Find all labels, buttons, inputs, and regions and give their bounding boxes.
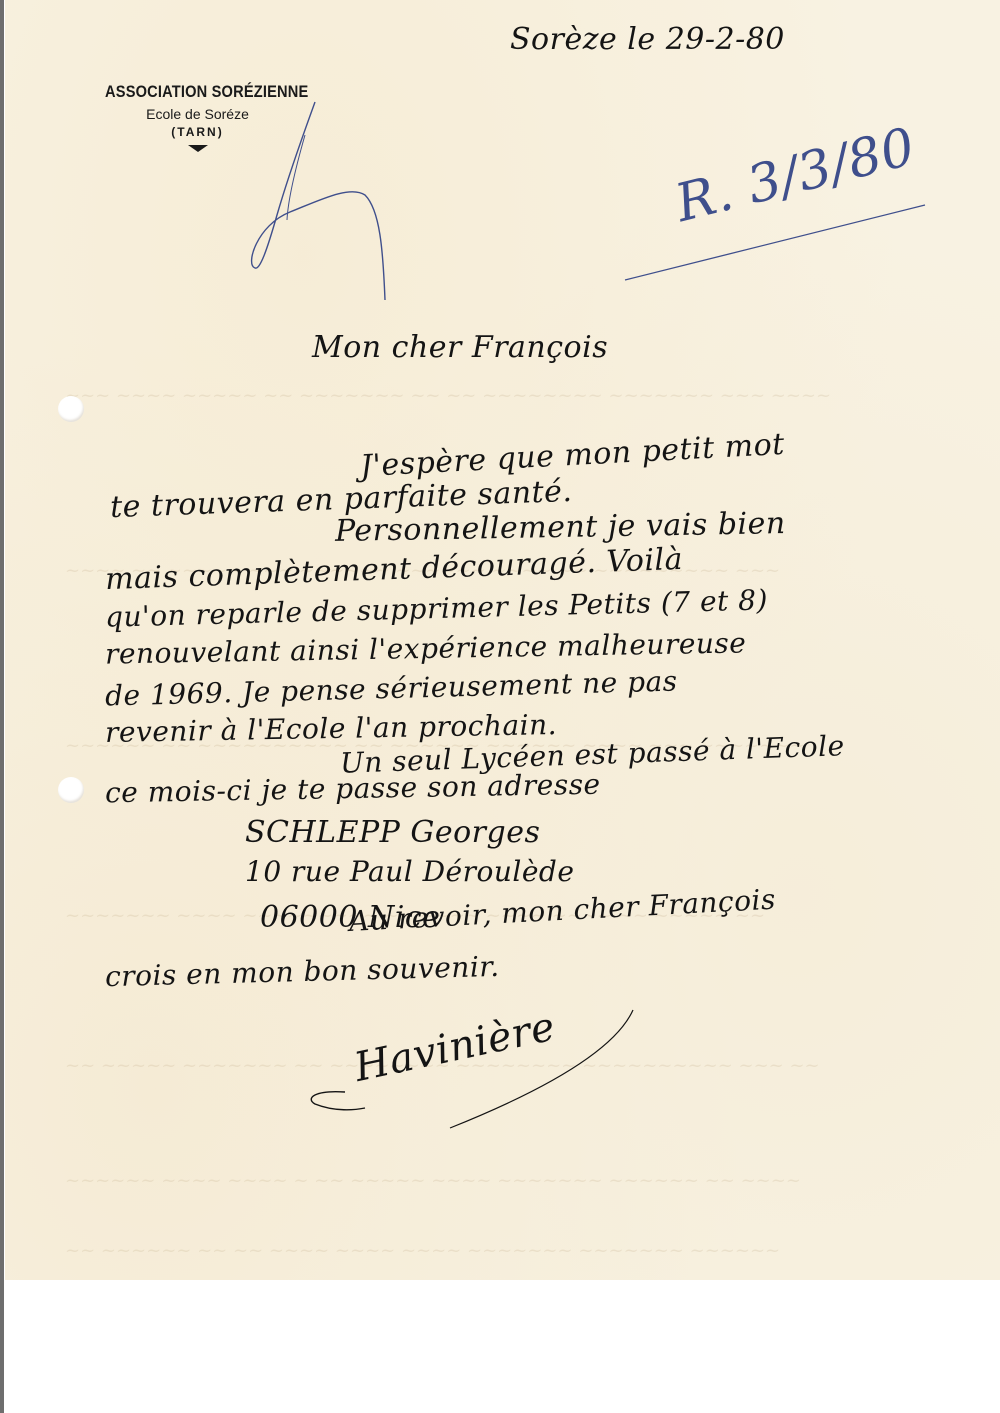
- closing-line: Au revoir, mon cher François: [348, 883, 776, 938]
- address-street: 10 rue Paul Déroulède: [245, 855, 574, 888]
- body-line: renouvelant ainsi l'expérience malheureu…: [105, 626, 747, 670]
- letter-page: ~~~ ~~~~ ~~~~~ ~~ ~~~~~~~ ~~ ~~ ~~~~~~~~…: [5, 0, 1000, 1280]
- address-name: SCHLEPP Georges: [245, 815, 540, 850]
- closing-line: crois en mon bon souvenir.: [105, 950, 500, 993]
- show-through-text: ~~~ ~~~~ ~~~~~ ~~ ~~~~~~~ ~~ ~~ ~~~~~~~~…: [65, 385, 831, 406]
- punch-hole: [58, 777, 84, 803]
- date-line: Sorèze le 29-2-80: [510, 22, 785, 57]
- school-name: Ecole de Soréze: [90, 106, 305, 122]
- received-stamp: R. 3/3/80: [670, 117, 921, 234]
- down-triangle-icon: [188, 145, 208, 152]
- body-line: Personnellement je vais bien: [335, 506, 786, 549]
- show-through-text: ~~ ~~~~~~ ~~ ~~ ~~~~ ~~~~ ~~~~ ~~~~~~~ ~…: [65, 1240, 780, 1261]
- department-name: (TARN): [90, 125, 305, 139]
- punch-hole: [58, 396, 84, 422]
- body-line: J'espère que mon petit mot: [359, 427, 785, 484]
- body-line: de 1969. Je pense sérieusement ne pas: [105, 665, 678, 713]
- organization-name: ASSOCIATION SORÉZIENNE: [105, 82, 290, 102]
- scan-left-edge: [0, 0, 4, 1413]
- signature: Havinière: [350, 1004, 559, 1091]
- letterhead: ASSOCIATION SORÉZIENNE Ecole de Soréze (…: [90, 82, 305, 152]
- show-through-text: ~~~~~~ ~~~~ ~~~~ ~ ~~ ~~~~~ ~~~~ ~~~~~~~…: [65, 1170, 801, 1191]
- body-line: ce mois-ci je te passe son adresse: [105, 768, 601, 810]
- salutation: Mon cher François: [312, 330, 608, 365]
